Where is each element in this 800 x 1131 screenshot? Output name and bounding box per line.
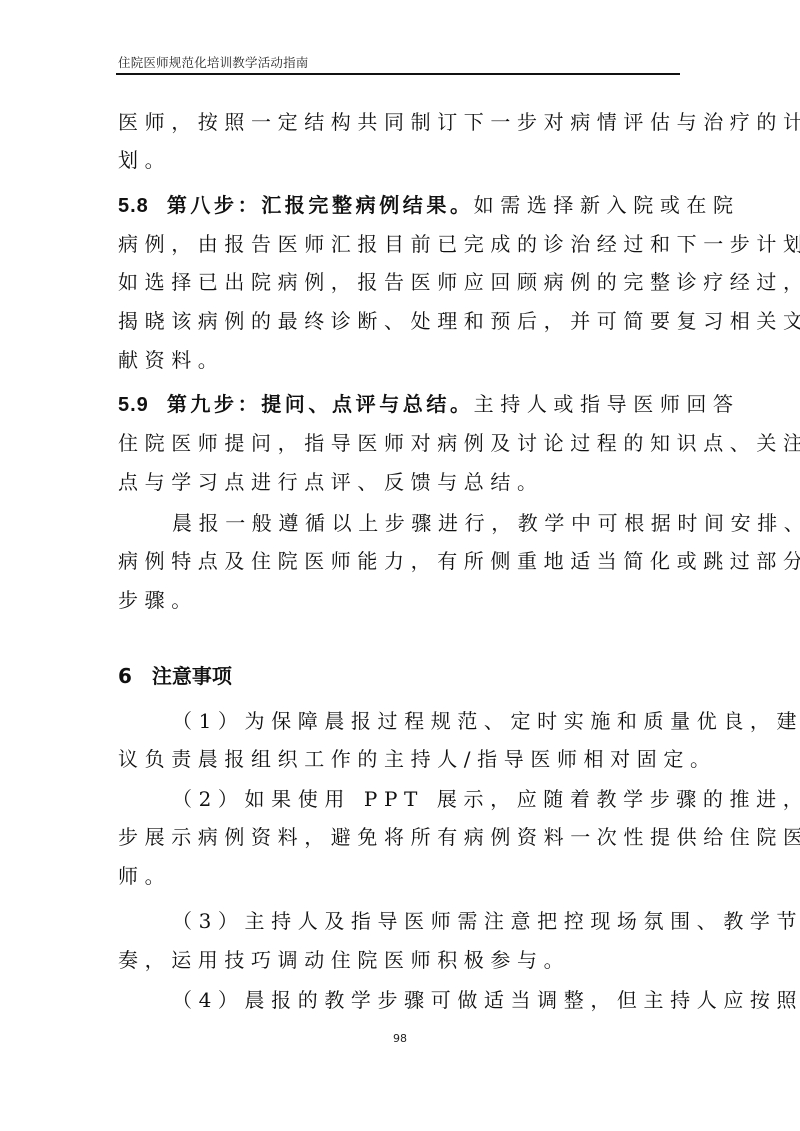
paragraph-line: 步骤。 bbox=[118, 585, 693, 615]
paragraph-line: 病例特点及住院医师能力，有所侧重地适当简化或跳过部分 bbox=[118, 546, 693, 576]
paragraph-line: 病例，由报告医师汇报目前已完成的诊治经过和下一步计划； bbox=[118, 229, 693, 259]
paragraph-line: 点与学习点进行点评、反馈与总结。 bbox=[118, 467, 693, 497]
list-item-line: （4）晨报的教学步骤可做适当调整，但主持人应按照 bbox=[172, 985, 692, 1015]
paragraph-line: 揭晓该病例的最终诊断、处理和预后，并可简要复习相关文 bbox=[118, 306, 693, 336]
section-text: 主持人或指导医师回答 bbox=[474, 392, 740, 416]
section-title: 第八步：汇报完整病例结果。 bbox=[167, 193, 474, 217]
list-item-line: 奏，运用技巧调动住院医师积极参与。 bbox=[118, 945, 693, 975]
paragraph-line: 献资料。 bbox=[118, 345, 693, 375]
section-5-8-first-line: 5.8第八步：汇报完整病例结果。如需选择新入院或在院 bbox=[118, 190, 693, 220]
list-item-line: （3）主持人及指导医师需注意把控现场氛围、教学节 bbox=[172, 906, 692, 936]
paragraph-line: 划。 bbox=[118, 145, 693, 175]
paragraph-line: 如选择已出院病例，报告医师应回顾病例的完整诊疗经过， bbox=[118, 267, 693, 297]
paragraph-line: 医师，按照一定结构共同制订下一步对病情评估与治疗的计 bbox=[118, 107, 693, 137]
list-item-line: 步展示病例资料，避免将所有病例资料一次性提供给住院医 bbox=[118, 822, 693, 852]
section-text: 如需选择新入院或在院 bbox=[474, 193, 740, 217]
list-item-line: （1）为保障晨报过程规范、定时实施和质量优良，建 bbox=[172, 706, 692, 736]
page-number: 98 bbox=[0, 1032, 800, 1045]
list-item-line: 师。 bbox=[118, 861, 693, 891]
section-5-9-first-line: 5.9第九步：提问、点评与总结。主持人或指导医师回答 bbox=[118, 389, 693, 419]
section-number: 5.9 bbox=[118, 394, 149, 416]
list-item-line: 议负责晨报组织工作的主持人/指导医师相对固定。 bbox=[118, 744, 693, 774]
paragraph-line: 晨报一般遵循以上步骤进行，教学中可根据时间安排、 bbox=[172, 508, 692, 538]
list-item-line: （2）如果使用 PPT 展示，应随着教学步骤的推进，逐 bbox=[172, 784, 692, 814]
section-number: 6 bbox=[118, 664, 132, 688]
section-title: 第九步：提问、点评与总结。 bbox=[167, 392, 474, 416]
section-title: 注意事项 bbox=[152, 664, 232, 688]
paragraph-line: 住院医师提问，指导医师对病例及讨论过程的知识点、关注 bbox=[118, 428, 693, 458]
running-header: 住院医师规范化培训教学活动指南 bbox=[118, 53, 309, 71]
document-page: 住院医师规范化培训教学活动指南 医师，按照一定结构共同制订下一步对病情评估与治疗… bbox=[0, 0, 800, 1131]
section-6-heading: 6注意事项 bbox=[118, 661, 232, 691]
header-divider bbox=[116, 73, 680, 75]
section-number: 5.8 bbox=[118, 195, 149, 217]
